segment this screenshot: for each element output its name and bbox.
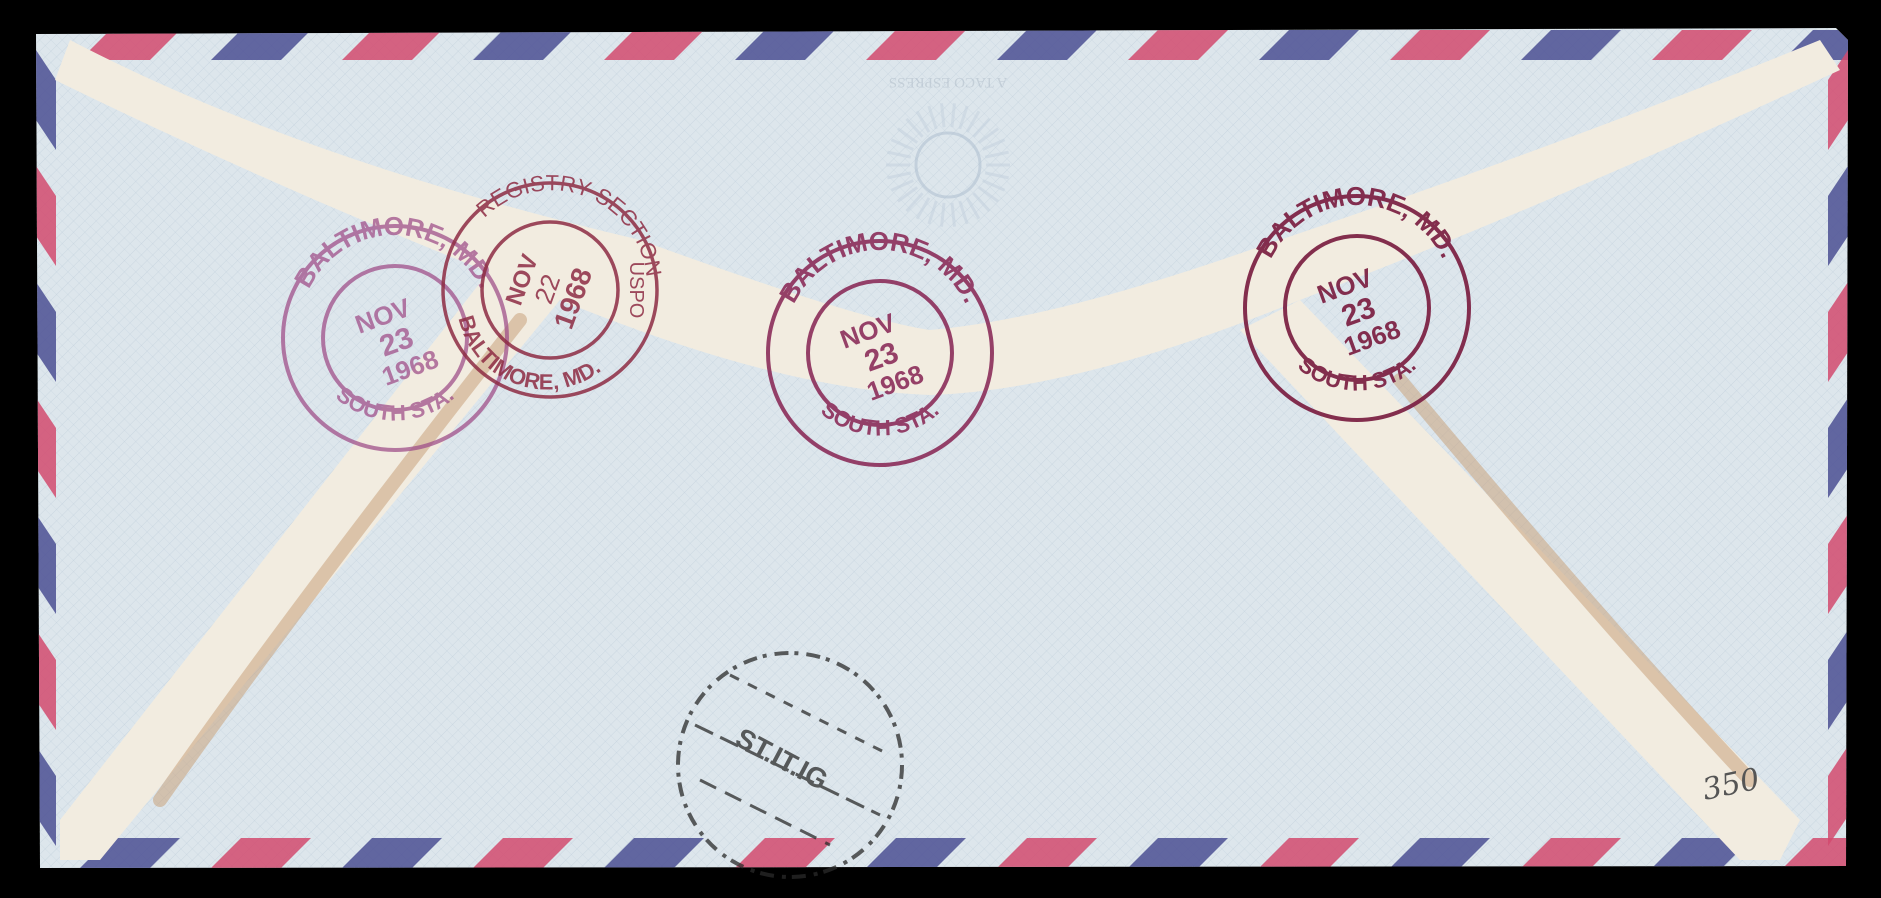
svg-text:A TACO ESPRESS: A TACO ESPRESS	[889, 74, 1008, 90]
svg-text:USPO: USPO	[625, 262, 647, 319]
envelope-photo: A TACO ESPRESS BALTIMORE, MD.SOUTH STA.N…	[0, 0, 1881, 898]
